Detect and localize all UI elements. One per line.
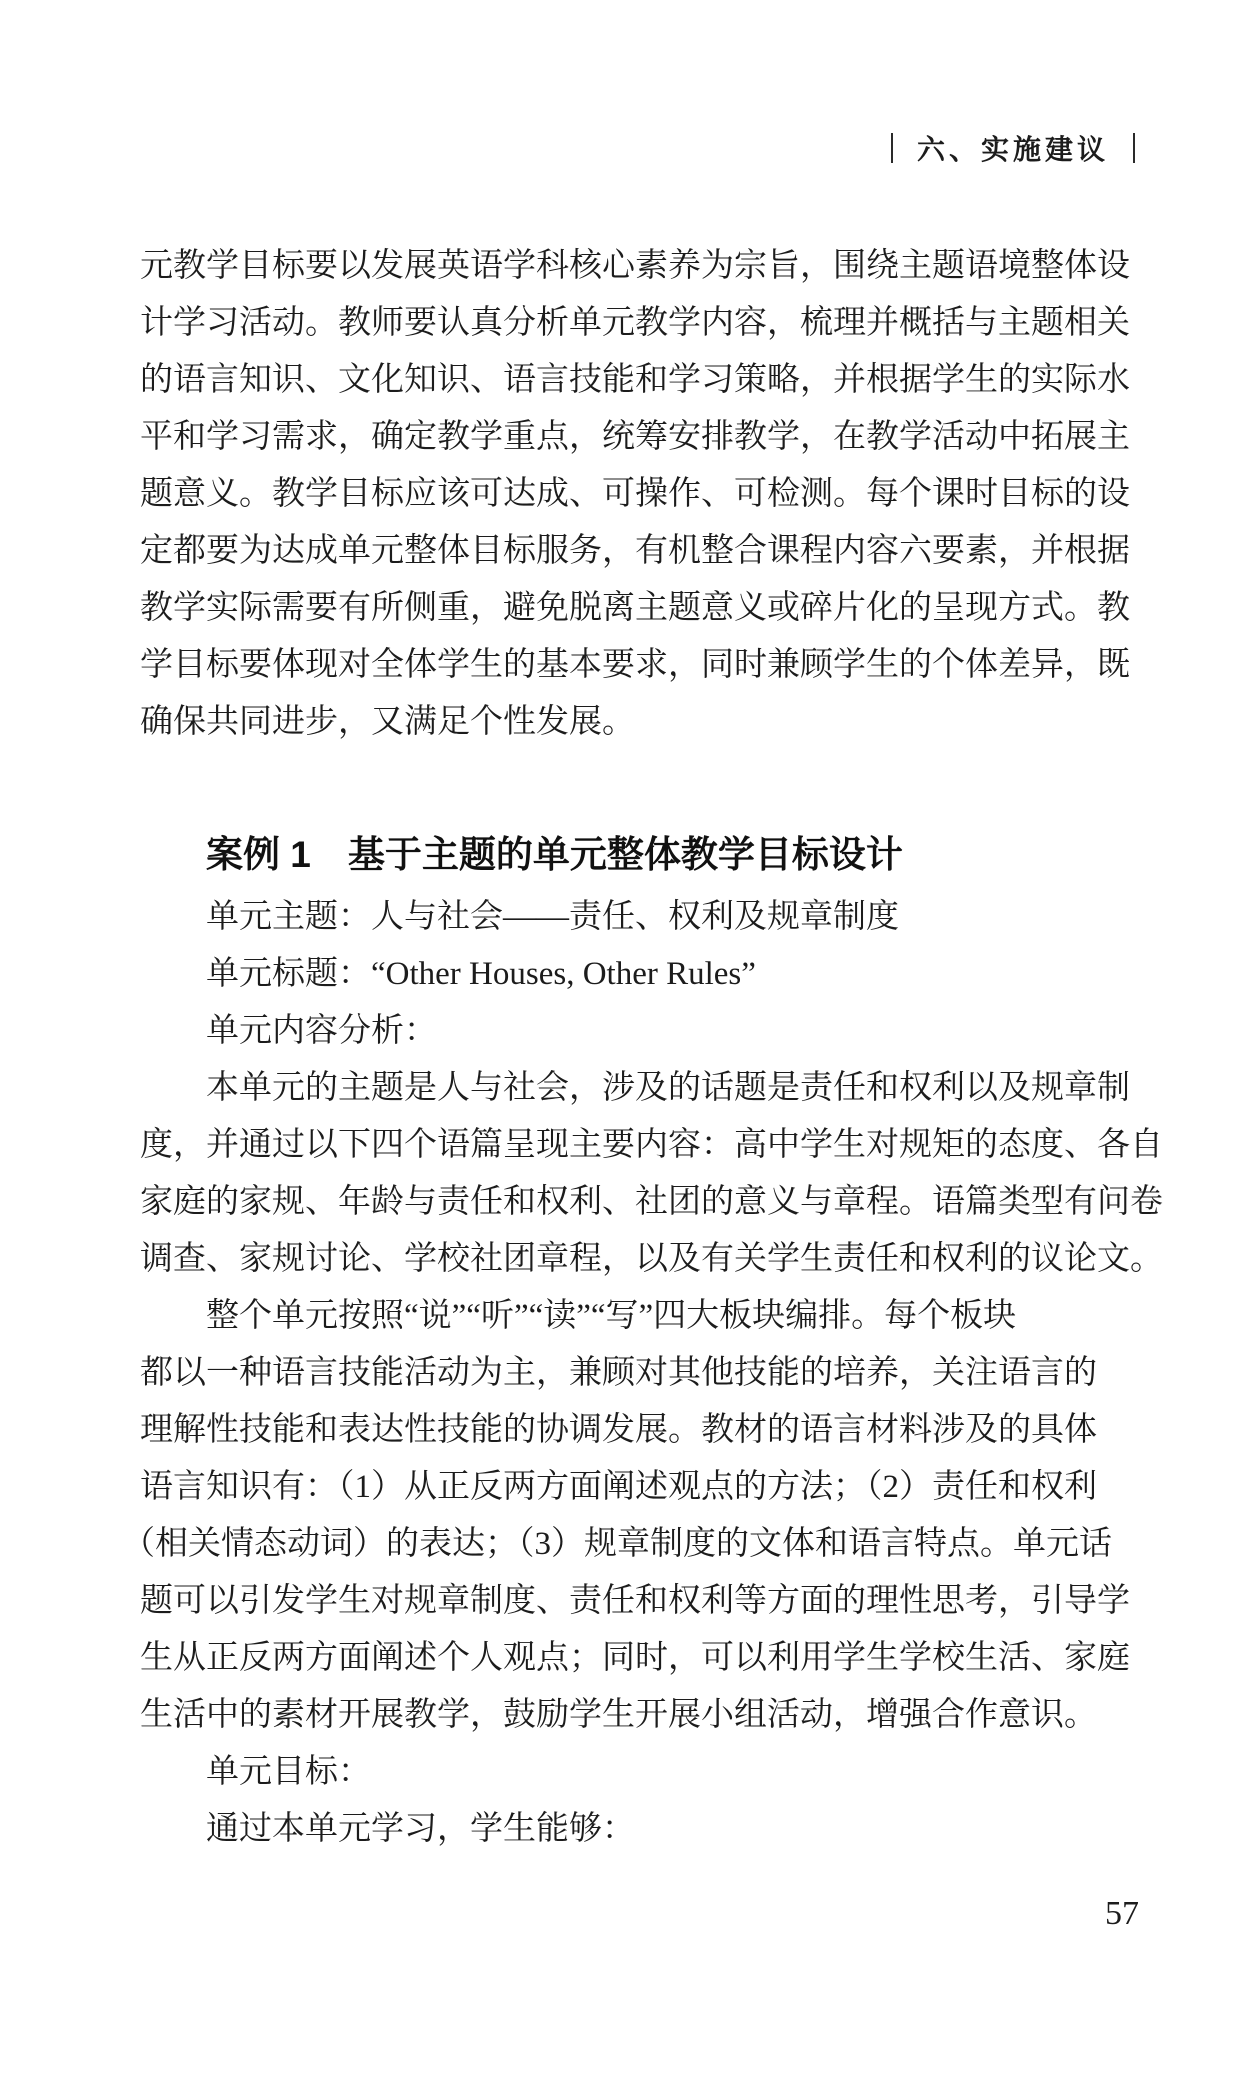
section-header-title: 六、实施建议 bbox=[917, 128, 1109, 168]
text-line: 度，并通过以下四个语篇呈现主要内容：高中学生对规矩的态度、各自 bbox=[140, 1117, 1135, 1174]
text-line: 题可以引发学生对规章制度、责任和权利等方面的理性思考，引导学 bbox=[140, 1573, 1135, 1630]
case-heading: 案例 1 基于主题的单元整体教学目标设计 bbox=[140, 825, 1135, 885]
text-line: 教学实际需要有所侧重，避免脱离主题意义或碎片化的呈现方式。教 bbox=[140, 580, 1135, 637]
unit-theme-line: 单元主题：人与社会——责任、权利及规章制度 bbox=[140, 889, 1135, 946]
unit-content-label: 单元内容分析： bbox=[140, 1003, 1135, 1060]
text-line: 本单元的主题是人与社会，涉及的话题是责任和权利以及规章制 bbox=[140, 1060, 1135, 1117]
text-line: 整个单元按照“说”“听”“读”“写”四大板块编排。每个板块 bbox=[140, 1288, 1135, 1345]
text-line: 都以一种语言技能活动为主，兼顾对其他技能的培养，关注语言的 bbox=[140, 1345, 1135, 1402]
text-line: 题意义。教学目标应该可达成、可操作、可检测。每个课时目标的设 bbox=[140, 466, 1135, 523]
unit-goal-label: 单元目标： bbox=[140, 1744, 1135, 1801]
page-number: 57 bbox=[1105, 1895, 1139, 1933]
text-line: 确保共同进步，又满足个性发展。 bbox=[140, 694, 1135, 751]
unit-content-paragraph-2: 整个单元按照“说”“听”“读”“写”四大板块编排。每个板块 都以一种语言技能活动… bbox=[140, 1288, 1135, 1744]
intro-paragraph: 元教学目标要以发展英语学科核心素养为宗旨，围绕主题语境整体设 计学习活动。教师要… bbox=[140, 238, 1135, 751]
text-line: 元教学目标要以发展英语学科核心素养为宗旨，围绕主题语境整体设 bbox=[140, 238, 1135, 295]
text-line: 计学习活动。教师要认真分析单元教学内容，梳理并概括与主题相关 bbox=[140, 295, 1135, 352]
text-line: 语言知识有：（1）从正反两方面阐述观点的方法；（2）责任和权利 bbox=[140, 1459, 1135, 1516]
text-line: 家庭的家规、年龄与责任和权利、社团的意义与章程。语篇类型有问卷 bbox=[140, 1174, 1135, 1231]
text-line: 定都要为达成单元整体目标服务，有机整合课程内容六要素，并根据 bbox=[140, 523, 1135, 580]
text-line: 生活中的素材开展教学，鼓励学生开展小组活动，增强合作意识。 bbox=[140, 1687, 1135, 1744]
unit-title-line: 单元标题：“Other Houses, Other Rules” bbox=[140, 946, 1135, 1003]
text-line: 生从正反两方面阐述个人观点；同时，可以利用学生学校生活、家庭 bbox=[140, 1630, 1135, 1687]
header-rule-left bbox=[891, 133, 893, 163]
text-line: 调查、家规讨论、学校社团章程，以及有关学生责任和权利的议论文。 bbox=[140, 1231, 1135, 1288]
text-line: 平和学习需求，确定教学重点，统筹安排教学，在教学活动中拓展主 bbox=[140, 409, 1135, 466]
text-line: 理解性技能和表达性技能的协调发展。教材的语言材料涉及的具体 bbox=[140, 1402, 1135, 1459]
text-line: 学目标要体现对全体学生的基本要求，同时兼顾学生的个体差异，既 bbox=[140, 637, 1135, 694]
text-line: 的语言知识、文化知识、语言技能和学习策略，并根据学生的实际水 bbox=[140, 352, 1135, 409]
header-rule-right bbox=[1133, 133, 1135, 163]
case-body: 单元主题：人与社会——责任、权利及规章制度 单元标题：“Other Houses… bbox=[140, 889, 1135, 1858]
unit-content-paragraph-1: 本单元的主题是人与社会，涉及的话题是责任和权利以及规章制 度，并通过以下四个语篇… bbox=[140, 1060, 1135, 1288]
goal-intro-line: 通过本单元学习，学生能够： bbox=[140, 1801, 1135, 1858]
page-header: 六、实施建议 bbox=[140, 130, 1135, 166]
text-line: （相关情态动词）的表达；（3）规章制度的文体和语言特点。单元话 bbox=[122, 1516, 1135, 1573]
document-page: 六、实施建议 元教学目标要以发展英语学科核心素养为宗旨，围绕主题语境整体设 计学… bbox=[0, 0, 1257, 2095]
